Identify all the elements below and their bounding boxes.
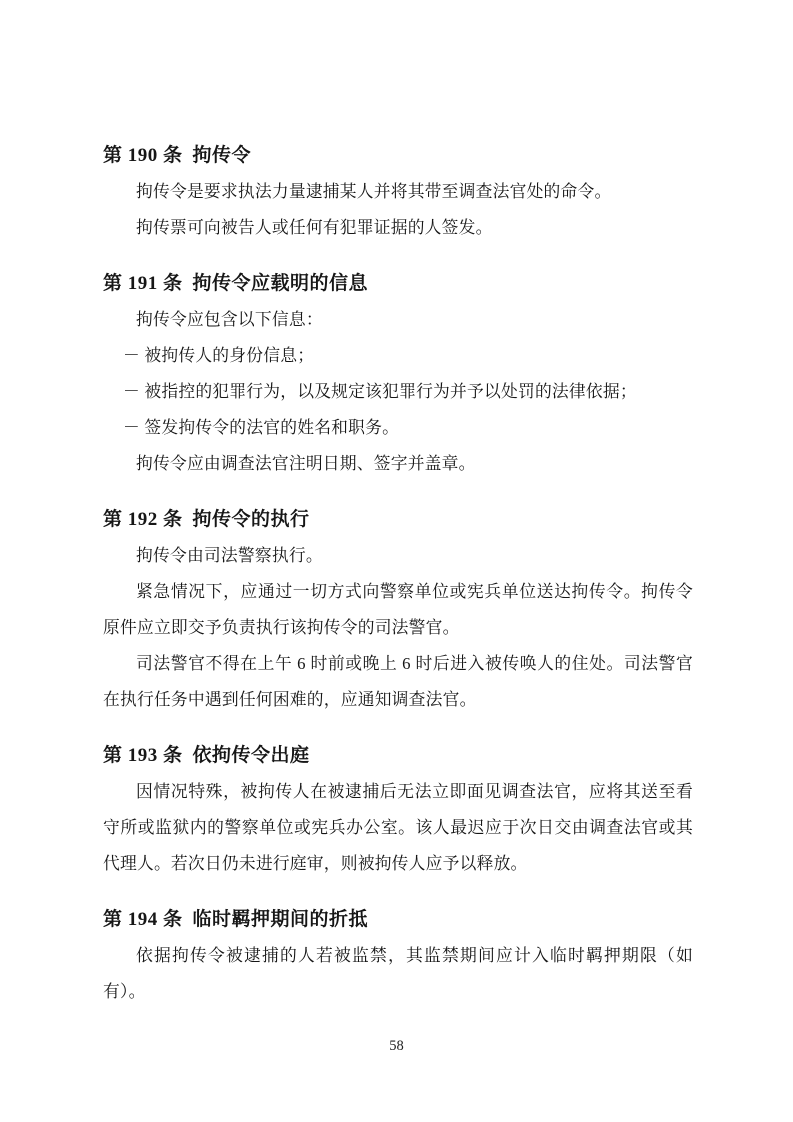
page-number: 58 bbox=[389, 1038, 404, 1054]
article-section: 第 190 条拘传令拘传令是要求执法力量逮捕某人并将其带至调查法官处的命令。拘传… bbox=[103, 138, 693, 246]
page-footer: 58 bbox=[0, 1036, 793, 1056]
article-heading: 第 194 条临时羁押期间的折抵 bbox=[103, 902, 693, 938]
paragraph: 紧急情况下，应通过一切方式向警察单位或宪兵单位送达拘传令。拘传令原件应立即交予负… bbox=[103, 574, 693, 646]
paragraph: 拘传令由司法警察执行。 bbox=[103, 538, 693, 574]
paragraph: 拘传令应由调查法官注明日期、签字并盖章。 bbox=[103, 446, 693, 482]
article-section: 第 191 条拘传令应载明的信息拘传令应包含以下信息：－ 被拘传人的身份信息；－… bbox=[103, 266, 693, 482]
article-number: 第 193 条 bbox=[103, 745, 183, 766]
article-section: 第 194 条临时羁押期间的折抵依据拘传令被逮捕的人若被监禁，其监禁期间应计入临… bbox=[103, 902, 693, 1010]
article-title: 临时羁押期间的折抵 bbox=[193, 909, 369, 930]
document-page: 第 190 条拘传令拘传令是要求执法力量逮捕某人并将其带至调查法官处的命令。拘传… bbox=[0, 0, 793, 1122]
article-title: 拘传令的执行 bbox=[193, 509, 310, 530]
list-item: － 被指控的犯罪行为，以及规定该犯罪行为并予以处罚的法律依据； bbox=[123, 374, 693, 410]
article-title: 依拘传令出庭 bbox=[193, 745, 310, 766]
article-number: 第 192 条 bbox=[103, 509, 183, 530]
article-heading: 第 190 条拘传令 bbox=[103, 138, 693, 174]
list-item: － 被拘传人的身份信息； bbox=[123, 338, 693, 374]
article-number: 第 190 条 bbox=[103, 145, 183, 166]
paragraph: 拘传票可向被告人或任何有犯罪证据的人签发。 bbox=[103, 210, 693, 246]
article-heading: 第 193 条依拘传令出庭 bbox=[103, 738, 693, 774]
list-item: － 签发拘传令的法官的姓名和职务。 bbox=[123, 410, 693, 446]
article-title: 拘传令应载明的信息 bbox=[193, 273, 369, 294]
article-section: 第 192 条拘传令的执行拘传令由司法警察执行。紧急情况下，应通过一切方式向警察… bbox=[103, 502, 693, 718]
article-number: 第 194 条 bbox=[103, 909, 183, 930]
article-heading: 第 192 条拘传令的执行 bbox=[103, 502, 693, 538]
paragraph: 依据拘传令被逮捕的人若被监禁，其监禁期间应计入临时羁押期限（如有）。 bbox=[103, 938, 693, 1010]
article-number: 第 191 条 bbox=[103, 273, 183, 294]
paragraph: 拘传令是要求执法力量逮捕某人并将其带至调查法官处的命令。 bbox=[103, 174, 693, 210]
paragraph: 拘传令应包含以下信息： bbox=[103, 302, 693, 338]
paragraph: 因情况特殊，被拘传人在被逮捕后无法立即面见调查法官，应将其送至看守所或监狱内的警… bbox=[103, 774, 693, 882]
paragraph: 司法警官不得在上午 6 时前或晚上 6 时后进入被传唤人的住处。司法警官在执行任… bbox=[103, 646, 693, 718]
document-content: 第 190 条拘传令拘传令是要求执法力量逮捕某人并将其带至调查法官处的命令。拘传… bbox=[103, 138, 693, 1010]
article-section: 第 193 条依拘传令出庭因情况特殊，被拘传人在被逮捕后无法立即面见调查法官，应… bbox=[103, 738, 693, 882]
article-heading: 第 191 条拘传令应载明的信息 bbox=[103, 266, 693, 302]
article-title: 拘传令 bbox=[193, 145, 252, 166]
